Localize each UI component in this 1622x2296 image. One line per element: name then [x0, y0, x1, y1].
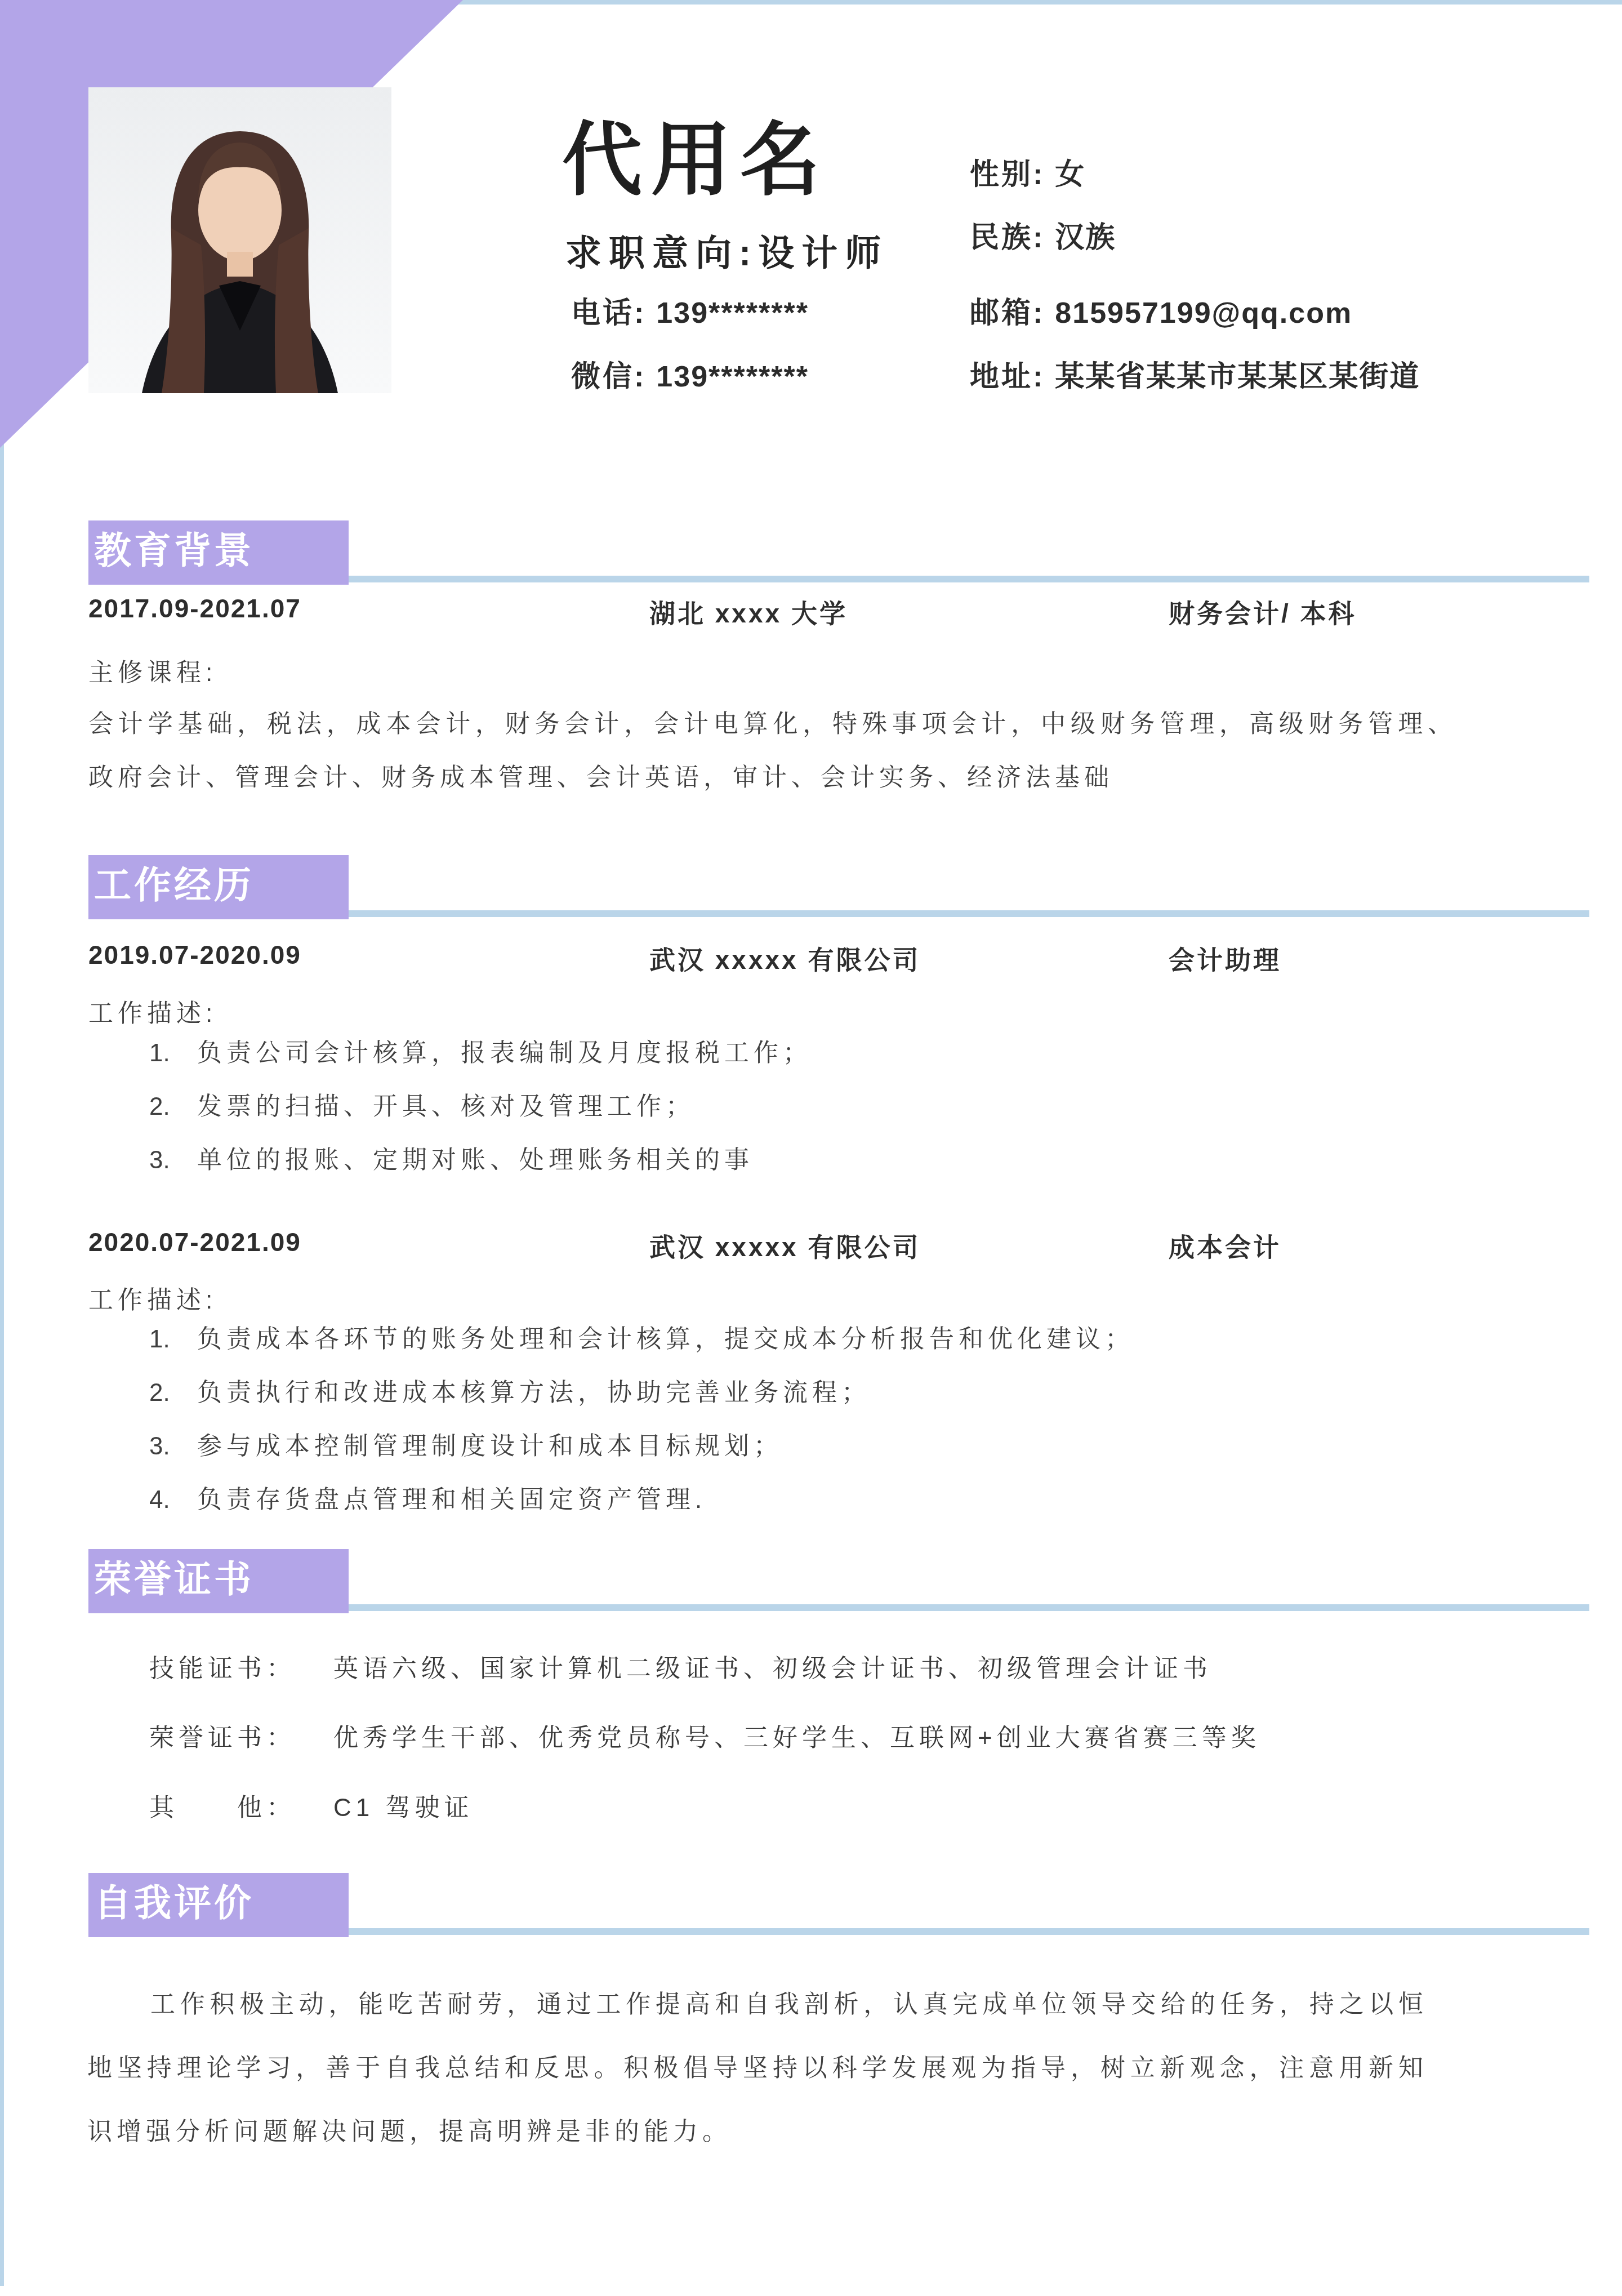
- phone-label: 电话:: [571, 297, 646, 330]
- list-item: 4. 负责存货盘点管理和相关固定资产管理.: [149, 1473, 1501, 1527]
- list-item-text: 负责执行和改进成本核算方法，协助完善业务流程；: [197, 1366, 1501, 1420]
- list-item-text: 负责存货盘点管理和相关固定资产管理.: [197, 1473, 1501, 1527]
- job-duty-list: 1. 负责公司会计核算，报表编制及月度报税工作； 2. 发票的扫描、开具、核对及…: [149, 1026, 1501, 1187]
- ethnicity-row: 民族:汉族: [970, 217, 1116, 258]
- email-label: 邮箱:: [970, 297, 1045, 330]
- honors-row-value: 优秀学生干部、优秀党员称号、三好学生、互联网+创业大赛省赛三等奖: [333, 1720, 1260, 1757]
- gender-label: 性别:: [970, 158, 1045, 191]
- job-period: 2019.07-2020.09: [88, 940, 301, 969]
- list-item: 3. 参与成本控制管理制度设计和成本目标规划；: [149, 1420, 1501, 1473]
- address-row: 地址:某某省某某市某某区某街道: [970, 357, 1420, 397]
- job-position: 成本会计: [1169, 1227, 1281, 1264]
- list-item-text: 单位的报账、定期对账、处理账务相关的事: [197, 1133, 1501, 1187]
- ethnicity-value: 汉族: [1055, 221, 1116, 254]
- job-desc-label: 工作描述:: [88, 993, 217, 1029]
- list-item-number: 2.: [149, 1080, 197, 1133]
- list-item-text: 负责公司会计核算，报表编制及月度报税工作；: [197, 1026, 1501, 1080]
- wechat-label: 微信:: [571, 361, 646, 393]
- email-row: 邮箱:815957199@qq.com: [970, 293, 1352, 333]
- list-item: 2. 发票的扫描、开具、核对及管理工作；: [149, 1080, 1501, 1133]
- education-entry: 2017.09-2021.07 湖北 xxxx 大学 财务会计/ 本科: [88, 593, 1592, 628]
- honors-row-label: 其 他：: [149, 1790, 333, 1827]
- honors-award-row: 荣誉证书： 优秀学生干部、优秀党员称号、三好学生、互联网+创业大赛省赛三等奖: [149, 1720, 1557, 1757]
- job-entry: 2019.07-2020.09 武汉 xxxxx 有限公司 会计助理: [88, 940, 1592, 975]
- address-label: 地址:: [970, 361, 1045, 393]
- education-period: 2017.09-2021.07: [88, 594, 301, 623]
- list-item-number: 1.: [149, 1026, 197, 1080]
- list-item-number: 3.: [149, 1133, 197, 1187]
- education-degree: 财务会计/ 本科: [1169, 593, 1357, 630]
- job-entry: 2020.07-2021.09 武汉 xxxxx 有限公司 成本会计: [88, 1227, 1592, 1262]
- list-item: 1. 负责成本各环节的账务处理和会计核算，提交成本分析报告和优化建议；: [149, 1312, 1501, 1366]
- email-value: 815957199@qq.com: [1055, 297, 1352, 330]
- section-underline-work: [349, 910, 1589, 917]
- honors-skill-row: 技能证书： 英语六级、国家计算机二级证书、初级会计证书、初级管理会计证书: [149, 1650, 1557, 1688]
- list-item-number: 3.: [149, 1420, 197, 1473]
- job-position: 会计助理: [1169, 940, 1281, 977]
- profile-photo: [88, 87, 391, 393]
- candidate-name: 代用名: [562, 115, 829, 206]
- wechat-value: 139********: [656, 361, 809, 393]
- job-company: 武汉 xxxxx 有限公司: [649, 1227, 920, 1264]
- section-underline-honors: [349, 1604, 1589, 1611]
- list-item-text: 发票的扫描、开具、核对及管理工作；: [197, 1080, 1501, 1133]
- honors-row-label: 荣誉证书：: [149, 1720, 333, 1757]
- list-item-text: 参与成本控制管理制度设计和成本目标规划；: [197, 1420, 1501, 1473]
- list-item-text: 负责成本各环节的账务处理和会计核算，提交成本分析报告和优化建议；: [197, 1312, 1501, 1366]
- portrait-illustration: [88, 87, 391, 393]
- list-item: 2. 负责执行和改进成本核算方法，协助完善业务流程；: [149, 1366, 1501, 1420]
- section-title-honors: 荣誉证书: [88, 1549, 349, 1613]
- section-title-work: 工作经历: [88, 855, 349, 919]
- phone-row: 电话:139********: [571, 293, 809, 333]
- honors-row-label: 技能证书：: [149, 1650, 333, 1688]
- courses-label: 主修课程:: [88, 652, 217, 688]
- phone-value: 139********: [656, 297, 809, 330]
- education-school: 湖北 xxxx 大学: [649, 593, 848, 630]
- list-item-number: 4.: [149, 1473, 197, 1527]
- list-item: 3. 单位的报账、定期对账、处理账务相关的事: [149, 1133, 1501, 1187]
- wechat-row: 微信:139********: [571, 357, 809, 397]
- job-company: 武汉 xxxxx 有限公司: [649, 940, 920, 977]
- list-item: 1. 负责公司会计核算，报表编制及月度报税工作；: [149, 1026, 1501, 1080]
- job-desc-label: 工作描述:: [88, 1280, 217, 1316]
- resume-page: 代用名 求职意向:设计师 电话:139******** 微信:139******…: [0, 0, 1622, 2296]
- gender-value: 女: [1055, 158, 1085, 191]
- address-value: 某某省某某市某某区某街道: [1055, 361, 1420, 393]
- ethnicity-label: 民族:: [970, 221, 1045, 254]
- list-item-number: 2.: [149, 1366, 197, 1420]
- gender-row: 性别:女: [970, 154, 1085, 195]
- honors-row-value: C1 驾驶证: [333, 1790, 473, 1827]
- section-underline-self-eval: [349, 1928, 1589, 1935]
- list-item-number: 1.: [149, 1312, 197, 1366]
- section-underline-education: [349, 576, 1589, 582]
- section-title-education: 教育背景: [88, 520, 349, 585]
- job-duty-list: 1. 负责成本各环节的账务处理和会计核算，提交成本分析报告和优化建议； 2. 负…: [149, 1312, 1501, 1527]
- honors-row-value: 英语六级、国家计算机二级证书、初级会计证书、初级管理会计证书: [333, 1650, 1212, 1688]
- section-title-self-eval: 自我评价: [88, 1873, 349, 1937]
- self-evaluation-paragraph: 工作积极主动，能吃苦耐劳，通过工作提高和自我剖析，认真完成单位领导交给的任务，持…: [87, 1973, 1428, 2164]
- job-period: 2020.07-2021.09: [88, 1227, 301, 1257]
- job-intention: 求职意向:设计师: [565, 224, 888, 276]
- courses-text: 会计学基础，税法，成本会计，财务会计，会计电算化，特殊事项会计，中级财务管理，高…: [88, 697, 1457, 804]
- honors-other-row: 其 他： C1 驾驶证: [149, 1790, 1557, 1827]
